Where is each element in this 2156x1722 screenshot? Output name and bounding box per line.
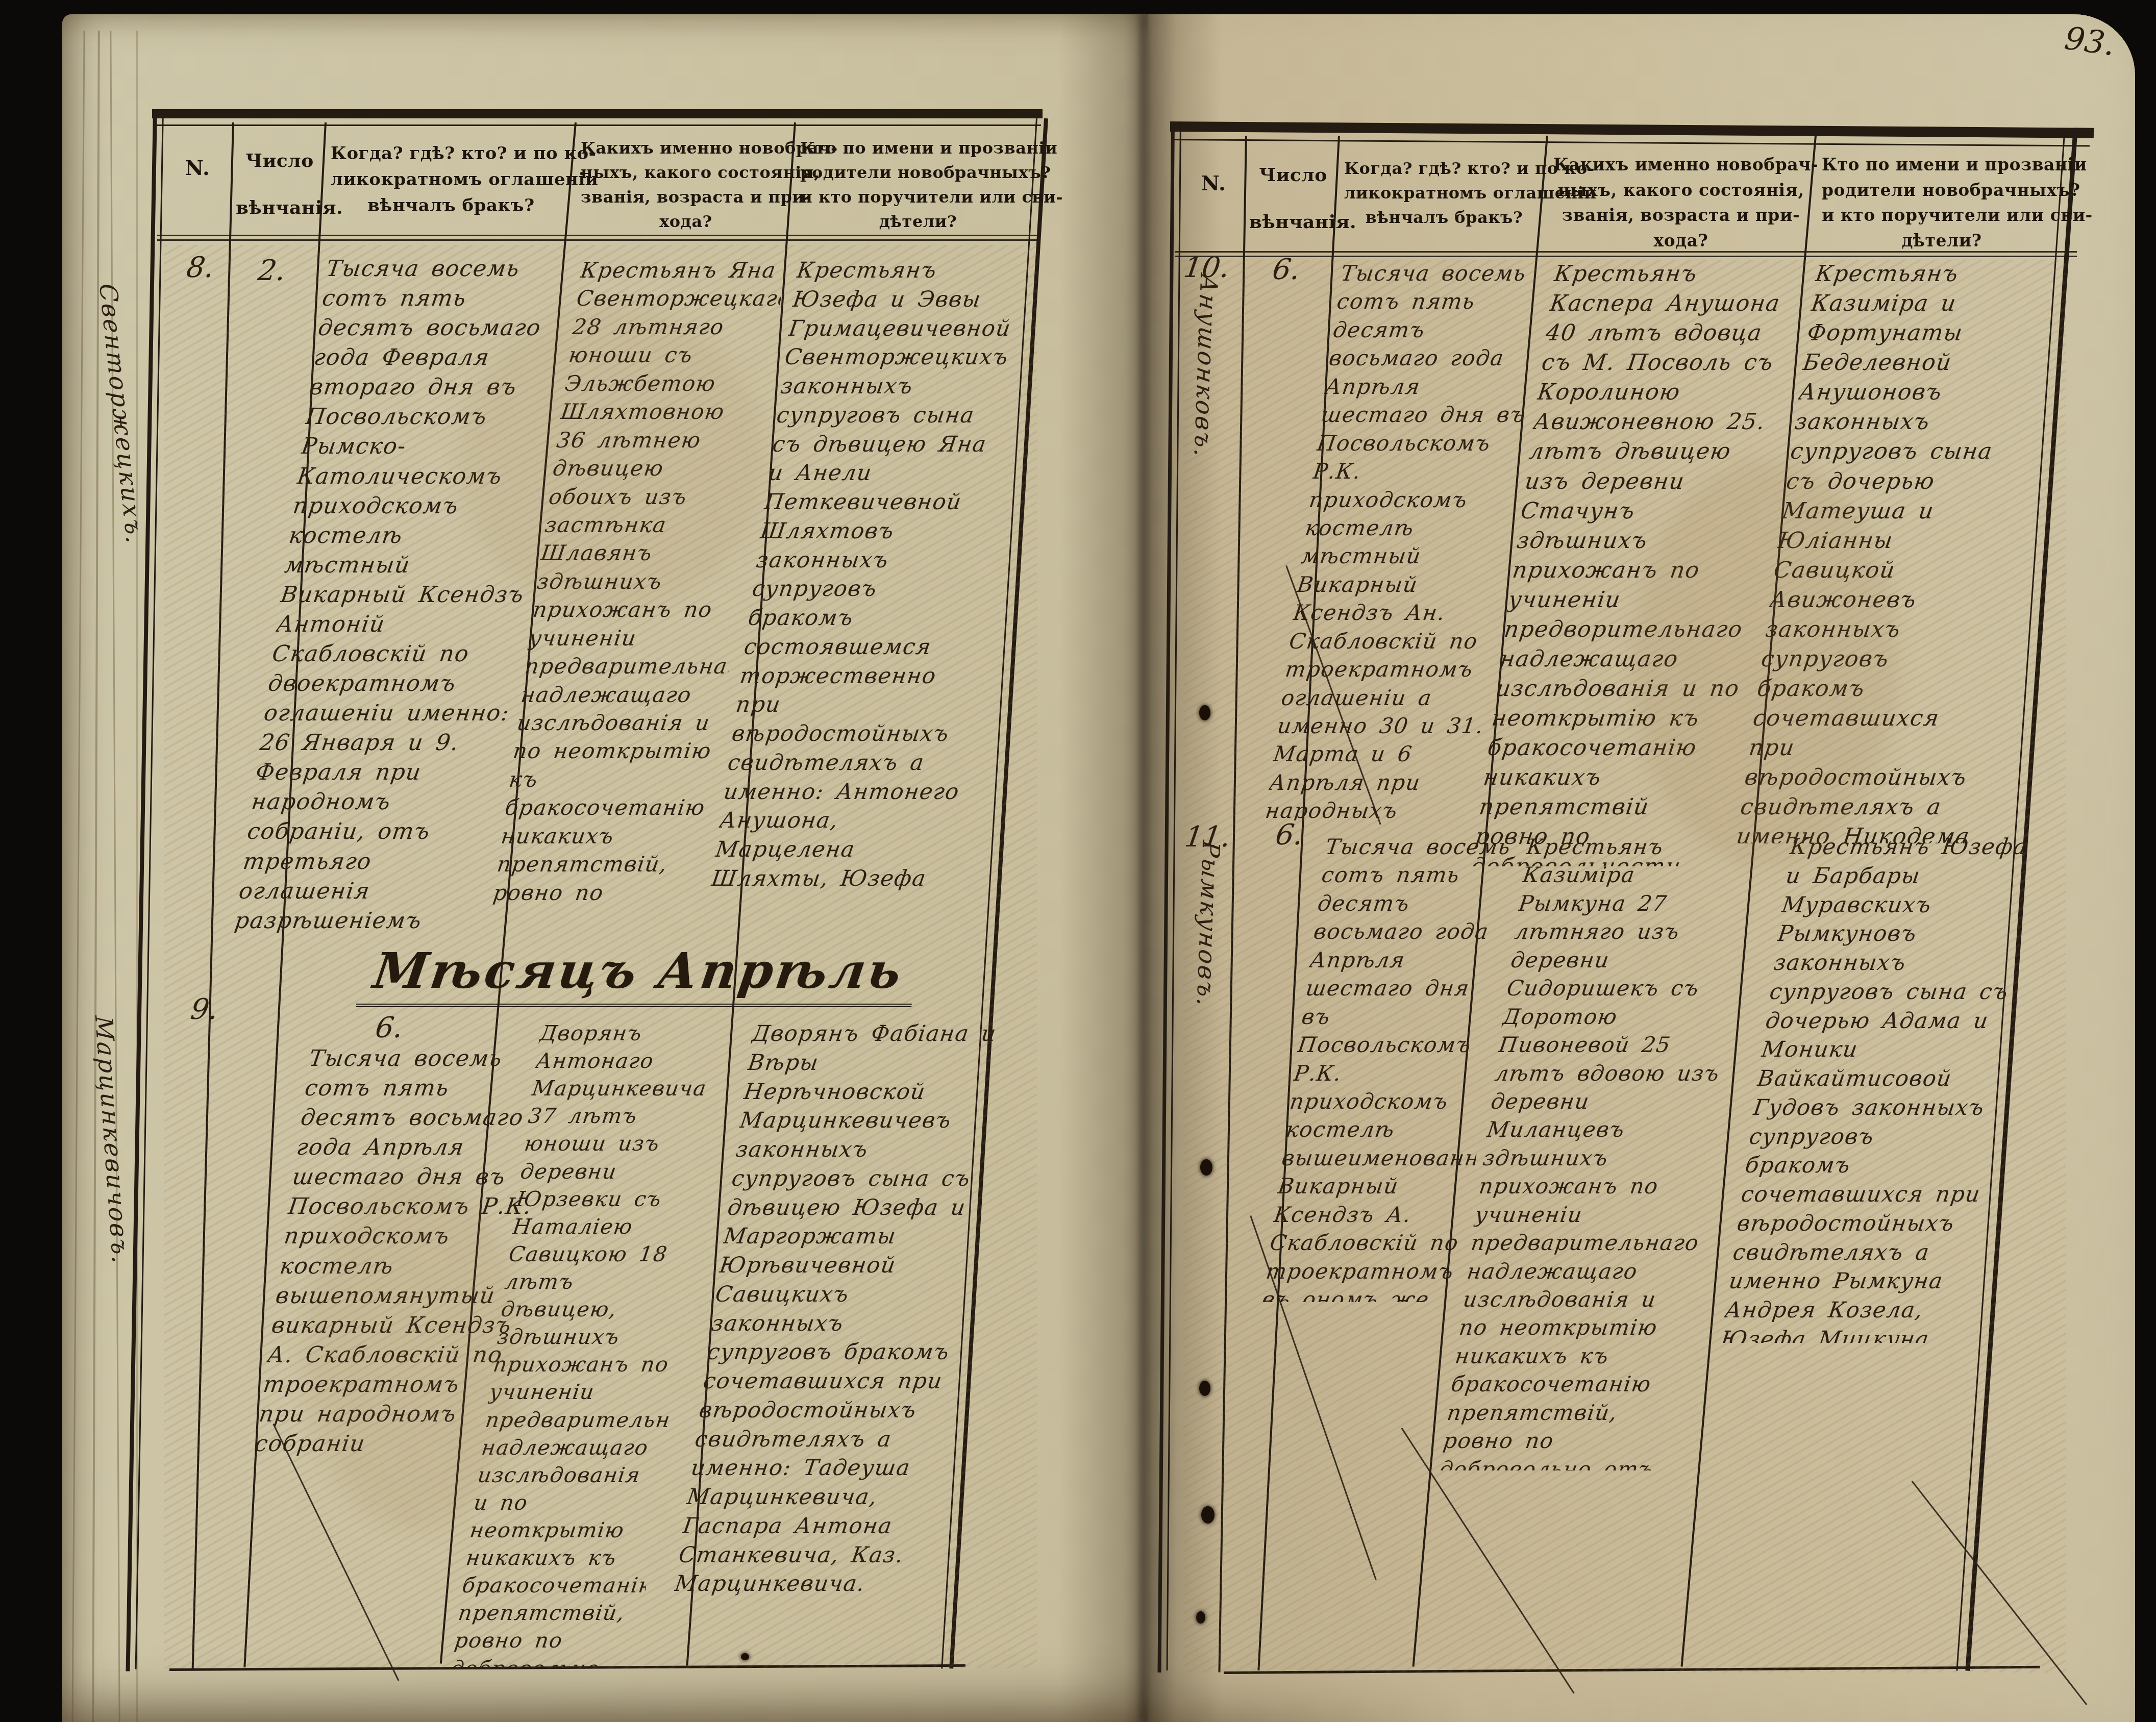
header-line: вѣнчалъ бракъ?: [1344, 205, 1544, 230]
header-line: хода?: [581, 209, 791, 234]
paper-stain: [1633, 459, 1898, 867]
header-line: ныхъ, какого состоянія,: [1553, 178, 1808, 203]
header-line: вѣнчанія.: [1249, 208, 1337, 236]
header-col-date: Число вѣнчанія.: [236, 147, 324, 221]
ink-blot: [741, 1653, 749, 1660]
header-line: Когда? гдѣ? кто? и по ко-: [331, 141, 572, 167]
entry-number: 8.: [184, 251, 216, 284]
header-rule: [157, 235, 1040, 241]
header-line: дѣтели?: [800, 209, 1036, 234]
header-line: родители новобрачныхъ?: [800, 160, 1036, 185]
header-line: родители новобрачныхъ?: [1822, 178, 2062, 203]
header-col-who: Какихъ именно новобрач- ныхъ, какого сос…: [1553, 152, 1808, 253]
header-line: Какихъ именно новобрач-: [581, 136, 791, 160]
header-col-when: Когда? гдѣ? кто? и по ко- ликократномъ о…: [331, 141, 572, 219]
entry-date: 6.: [1270, 253, 1302, 286]
header-label: N.: [164, 153, 231, 184]
paper-stain: [306, 1174, 521, 1531]
header-line: и кто поручители или сви-: [1822, 203, 2062, 228]
header-col-n: N.: [164, 153, 231, 184]
entry-margin-name: Рымкуновъ.: [1191, 839, 1225, 1010]
header-line: званія, возраста и при-: [581, 185, 791, 209]
header-line: званія, возраста и при-: [1553, 203, 1808, 228]
page-number: 93.: [2062, 19, 2117, 63]
header-col-parents: Кто по имени и прозваніи родители новобр…: [800, 136, 1036, 234]
paper-stain: [459, 306, 765, 612]
header-line: Кто по имени и прозваніи: [1822, 152, 2062, 178]
header-label: N.: [1183, 168, 1244, 199]
header-line: вѣнчанія.: [236, 194, 324, 221]
header-line: дѣтели?: [1822, 228, 2062, 254]
page-edge-line: [136, 31, 138, 1722]
header-col-date: Число вѣнчанія.: [1249, 161, 1337, 236]
header-line: ныхъ, какого состоянія,: [581, 160, 791, 185]
entry-date: 6.: [1273, 818, 1305, 852]
scanned-register-photo: 93. N. Число вѣнчанія. Когда? гдѣ? кто? …: [0, 0, 2156, 1722]
header-col-n: N.: [1183, 168, 1244, 199]
ink-blot: [1199, 705, 1210, 720]
entry-date: 6.: [373, 1011, 405, 1044]
ink-blot: [1201, 1506, 1215, 1524]
header-line: ликократномъ оглашеніи: [331, 167, 572, 193]
header-col-parents: Кто по имени и прозваніи родители новобр…: [1822, 152, 2062, 253]
table-border-top-inner: [153, 124, 1041, 126]
entry-date: 2.: [256, 254, 288, 287]
header-line: вѣнчалъ бракъ?: [331, 193, 572, 219]
header-col-who: Какихъ именно новобрач- ныхъ, какого сос…: [581, 136, 791, 234]
header-line: Число: [1249, 161, 1337, 189]
header-col-when: Когда? гдѣ? кто? и по ко- ликократномъ о…: [1344, 156, 1544, 230]
ink-blot: [1199, 1381, 1210, 1396]
ink-blot: [1196, 1611, 1205, 1624]
header-line: Когда? гдѣ? кто? и по ко-: [1344, 156, 1544, 181]
book-gutter-crease: [1139, 14, 1147, 1722]
table-border-top: [152, 109, 1043, 118]
header-line: Какихъ именно новобрач-: [1553, 152, 1808, 178]
month-heading: Мѣсяцъ Апрѣль: [356, 942, 921, 1007]
header-line: ликократномъ оглашеніи: [1344, 181, 1544, 205]
entry-number: 9.: [188, 993, 220, 1026]
header-line: Кто по имени и прозваніи: [800, 136, 1036, 160]
ink-blot: [1200, 1159, 1212, 1176]
header-line: и кто поручители или сви-: [800, 185, 1036, 209]
header-line: хода?: [1553, 228, 1808, 254]
header-line: Число: [236, 147, 324, 174]
